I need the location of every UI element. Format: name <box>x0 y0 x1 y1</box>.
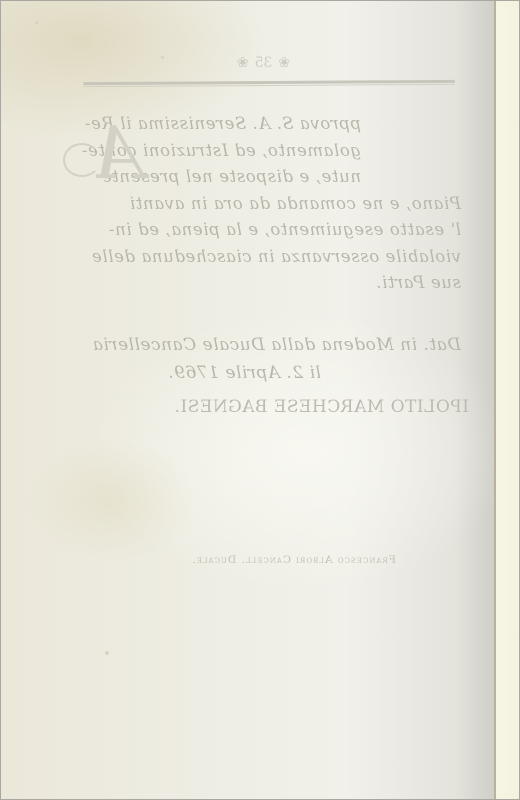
page-header: ❀ 35 ❀ <box>216 51 311 75</box>
date-place-line: Dat. in Modena dalla Ducale Cancelleria <box>71 331 461 359</box>
flower-ornament-icon: ❀ <box>278 55 290 71</box>
foxing-spot <box>35 21 38 24</box>
chancellor-countersign: Francesco Albori Cancell. Ducale. <box>96 554 396 566</box>
body-line: violabile osservanza in ciascheduna dell… <box>71 244 461 271</box>
drop-cap: A <box>73 117 163 195</box>
book-page: ❀ 35 ❀ A pprova S. A. Serenissima il Re-… <box>1 1 496 799</box>
flower-ornament-icon: ❀ <box>237 55 249 71</box>
foxing-spot <box>105 651 109 655</box>
scan-frame: ❀ 35 ❀ A pprova S. A. Serenissima il Re-… <box>1 1 519 799</box>
dateline: Dat. in Modena dalla Ducale Cancelleria … <box>71 331 461 387</box>
body-line: sue Parti. <box>71 270 461 297</box>
page-number: 35 <box>255 55 273 71</box>
header-rule <box>83 80 455 88</box>
signatory: IPOLITO MARCHESE BAGNESI. <box>79 397 469 417</box>
foxing-spot <box>161 56 164 59</box>
decree-body: A pprova S. A. Serenissima il Re- golame… <box>71 111 461 297</box>
adjacent-page-edge <box>496 1 519 799</box>
body-line: l' esatto eseguimento, e la piena, ed in… <box>71 217 461 244</box>
date-line: li 2. Aprile 1769. <box>71 359 461 387</box>
flourish-icon <box>63 143 101 177</box>
